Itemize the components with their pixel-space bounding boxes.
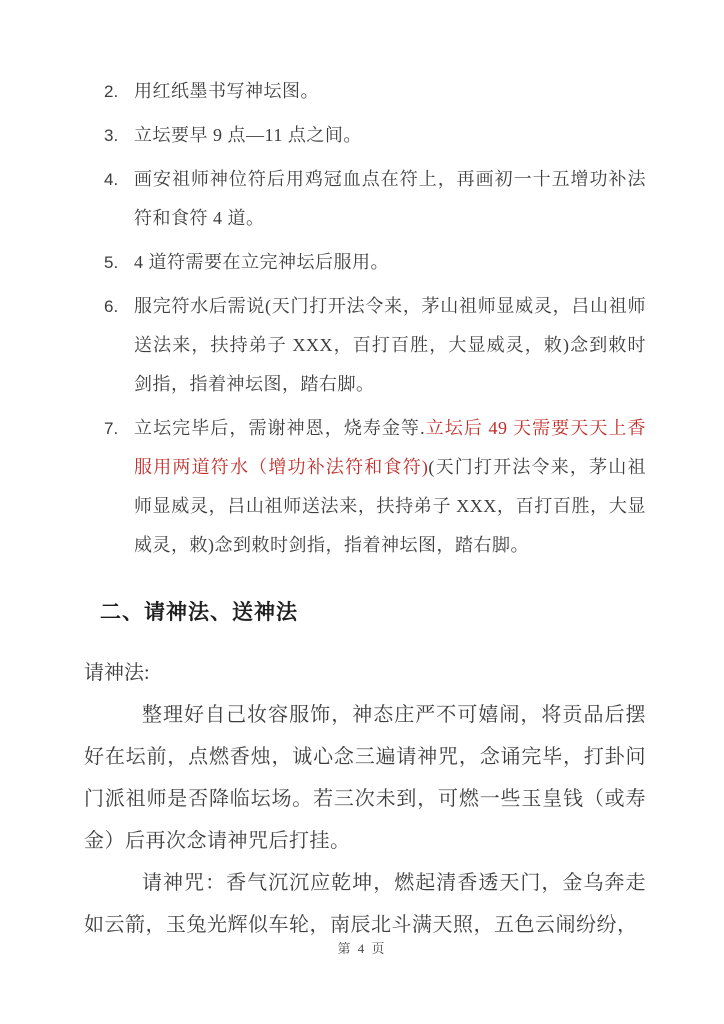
paragraph: 请神咒：香气沉沉应乾坤，燃起清香透天门，金乌奔走如云箭，玉兔光辉似车轮，南辰北斗…	[84, 862, 646, 946]
section-heading: 二、请神法、送神法	[100, 598, 298, 628]
list-item-number: 3.	[104, 116, 134, 155]
list-item-text: 立坛完毕后，需谢神恩，烧寿金等.立坛后 49 天需要天天上香服用两道符水（增功补…	[134, 409, 646, 565]
list-item-text: 服完符水后需说(天门打开法令来，茅山祖师显威灵，吕山祖师送法来，扶持弟子 XXX…	[134, 287, 646, 404]
list-item-number: 2.	[104, 72, 134, 111]
list-item-number: 4.	[104, 160, 134, 238]
list-item-text: 立坛要早 9 点—11 点之间。	[134, 116, 646, 155]
subsection-label: 请神法:	[84, 652, 646, 694]
list-item-number: 6.	[104, 287, 134, 404]
list-item-text: 用红纸墨书写神坛图。	[134, 72, 646, 111]
list-item-number: 7.	[104, 409, 134, 565]
list-item-text-black: 立坛完毕后，需谢神恩，烧寿金等.	[134, 418, 425, 438]
list-item-text: 4 道符需要在立完神坛后服用。	[134, 243, 646, 282]
list-item-number: 5.	[104, 243, 134, 282]
page-number-footer: 第 4 页	[0, 938, 724, 957]
list-item: 2. 用红纸墨书写神坛图。	[104, 72, 646, 111]
list-item: 6. 服完符水后需说(天门打开法令来，茅山祖师显威灵，吕山祖师送法来，扶持弟子 …	[104, 287, 646, 404]
list-item: 3. 立坛要早 9 点—11 点之间。	[104, 116, 646, 155]
document-page: 2. 用红纸墨书写神坛图。 3. 立坛要早 9 点—11 点之间。 4. 画安祖…	[0, 0, 724, 1024]
list-item: 4. 画安祖师神位符后用鸡冠血点在符上，再画初一十五增功补法符和食符 4 道。	[104, 160, 646, 238]
numbered-list: 2. 用红纸墨书写神坛图。 3. 立坛要早 9 点—11 点之间。 4. 画安祖…	[104, 72, 646, 570]
list-item: 7. 立坛完毕后，需谢神恩，烧寿金等.立坛后 49 天需要天天上香服用两道符水（…	[104, 409, 646, 565]
list-item-text: 画安祖师神位符后用鸡冠血点在符上，再画初一十五增功补法符和食符 4 道。	[134, 160, 646, 238]
section-body: 请神法: 整理好自己妆容服饰，神态庄严不可嬉闹，将贡品后摆好在坛前，点燃香烛，诚…	[84, 652, 646, 946]
list-item: 5. 4 道符需要在立完神坛后服用。	[104, 243, 646, 282]
paragraph: 整理好自己妆容服饰，神态庄严不可嬉闹，将贡品后摆好在坛前，点燃香烛，诚心念三遍请…	[84, 694, 646, 862]
